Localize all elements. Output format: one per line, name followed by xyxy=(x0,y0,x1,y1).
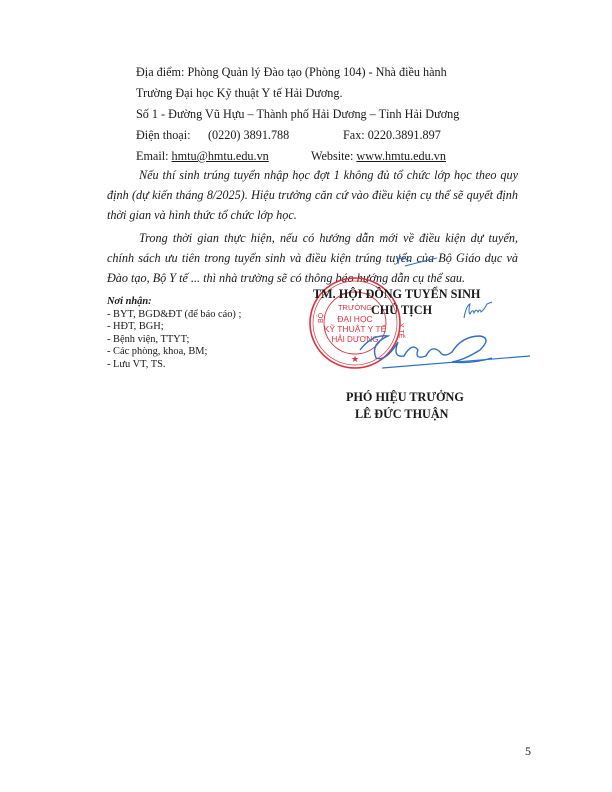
signature-line-2: CHỦ TỊCH xyxy=(371,303,432,318)
page-number: 5 xyxy=(525,744,531,759)
approval-initial-icon xyxy=(462,300,502,322)
paragraph-schedule: Nếu thí sinh trúng tuyển nhập học đợt 1 … xyxy=(107,165,518,225)
recipient-item: - Các phòng, khoa, BM; xyxy=(107,346,241,359)
phone-value: (0220) 3891.788 xyxy=(208,128,289,143)
recipient-item: - Lưu VT, TS. xyxy=(107,359,241,372)
email-link[interactable]: hmtu@hmtu.edu.vn xyxy=(172,149,269,163)
recipients-block: Nơi nhận: - BYT, BGD&ĐT (để báo cáo) ; -… xyxy=(107,296,241,372)
initials-signature-icon xyxy=(395,250,445,270)
signer-name: LÊ ĐỨC THUẬN xyxy=(355,407,448,422)
website-label: Website: xyxy=(311,149,356,163)
recipient-item: - HĐT, BGH; xyxy=(107,321,241,334)
recipients-title: Nơi nhận: xyxy=(107,296,241,309)
email-label: Email: xyxy=(136,149,172,163)
stamp-left-text: BỘ xyxy=(316,312,325,323)
location-line-1: Địa điểm: Phòng Quản lý Đào tạo (Phòng 1… xyxy=(136,65,447,80)
recipient-item: - Bệnh viện, TTYT; xyxy=(107,334,241,347)
signature-line-1: TM. HỘI ĐỒNG TUYỂN SINH xyxy=(313,287,480,302)
website-link[interactable]: www.hmtu.edu.vn xyxy=(356,149,446,163)
fax-value: Fax: 0220.3891.897 xyxy=(343,128,441,143)
handwritten-signature-icon xyxy=(352,322,532,372)
location-line-2: Trường Đại học Kỹ thuật Y tế Hải Dương. xyxy=(136,86,343,101)
stamp-line-1: TRƯỜNG xyxy=(338,303,372,312)
phone-label: Điện thoại: xyxy=(136,128,191,143)
recipient-item: - BYT, BGD&ĐT (để báo cáo) ; xyxy=(107,309,241,322)
address-line: Số 1 - Đường Vũ Hựu – Thành phố Hải Dươn… xyxy=(136,107,459,122)
website-line: Website: www.hmtu.edu.vn xyxy=(311,149,446,164)
signer-position: PHÓ HIỆU TRƯỞNG xyxy=(346,390,464,405)
email-line: Email: hmtu@hmtu.edu.vn xyxy=(136,149,269,164)
